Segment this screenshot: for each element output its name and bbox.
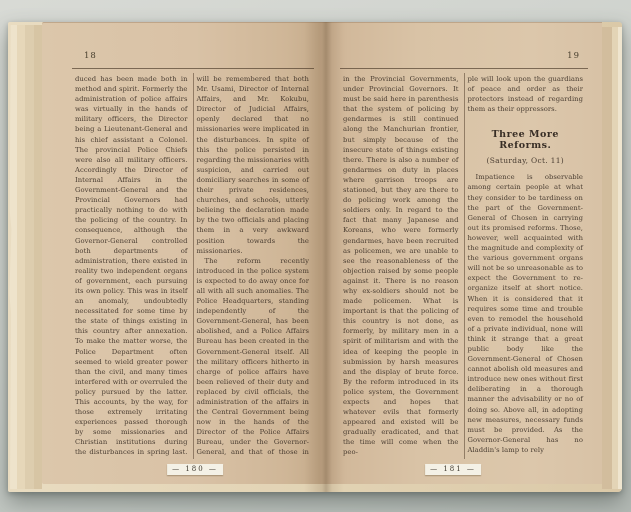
left-page-edge-stack (8, 25, 42, 489)
right-page-column-1: in the Provincial Governments, under Pro… (340, 73, 464, 459)
page-edge-strip (25, 25, 34, 489)
right-page: 19 in the Provincial Governments, under … (320, 22, 602, 484)
page-edge-strip (34, 25, 42, 489)
right-page-columns: in the Provincial Governments, under Pro… (340, 73, 588, 459)
open-book: 18 duced has been made both in method an… (8, 22, 622, 492)
left-page-column-2: will be remembered that both Mr. Usami, … (194, 73, 315, 459)
body-text: will be remembered that both Mr. Usami, … (197, 74, 310, 256)
page-edge-strip (17, 25, 25, 489)
right-page-edge-stack (602, 27, 622, 489)
body-text: The reform recently introduced in the po… (197, 256, 310, 459)
photo-background: 18 duced has been made both in method an… (0, 0, 631, 512)
right-folio-label: — 181 — (425, 464, 481, 475)
section-date: (Saturday, Oct. 11) (468, 156, 584, 165)
body-text: ple will look upon the guardians of peac… (468, 74, 584, 114)
page-edge-strip (602, 27, 612, 489)
body-text: duced has been made both in method and s… (75, 74, 188, 459)
left-page-content: 18 duced has been made both in method an… (42, 23, 320, 484)
left-page-columns: duced has been made both in method and s… (72, 73, 314, 459)
right-page-header: 19 (340, 51, 588, 65)
page-edge-strip (8, 25, 17, 489)
right-page-column-2: ple will look upon the guardians of peac… (465, 73, 589, 459)
left-page-column-1: duced has been made both in method and s… (72, 73, 193, 459)
left-page: 18 duced has been made both in method an… (42, 22, 320, 484)
body-text: in the Provincial Governments, under Pro… (343, 74, 459, 458)
page-edge-strip (618, 27, 622, 489)
left-page-header: 18 (72, 51, 314, 65)
header-rule (340, 68, 588, 69)
section-heading: Three More Reforms. (468, 129, 584, 151)
header-rule (72, 68, 314, 69)
body-text: Impatience is observable among certain p… (468, 172, 584, 455)
left-folio-label: — 180 — (167, 464, 223, 475)
right-page-number: 19 (567, 51, 580, 61)
right-page-content: 19 in the Provincial Governments, under … (320, 23, 602, 484)
left-page-number: 18 (84, 51, 97, 61)
